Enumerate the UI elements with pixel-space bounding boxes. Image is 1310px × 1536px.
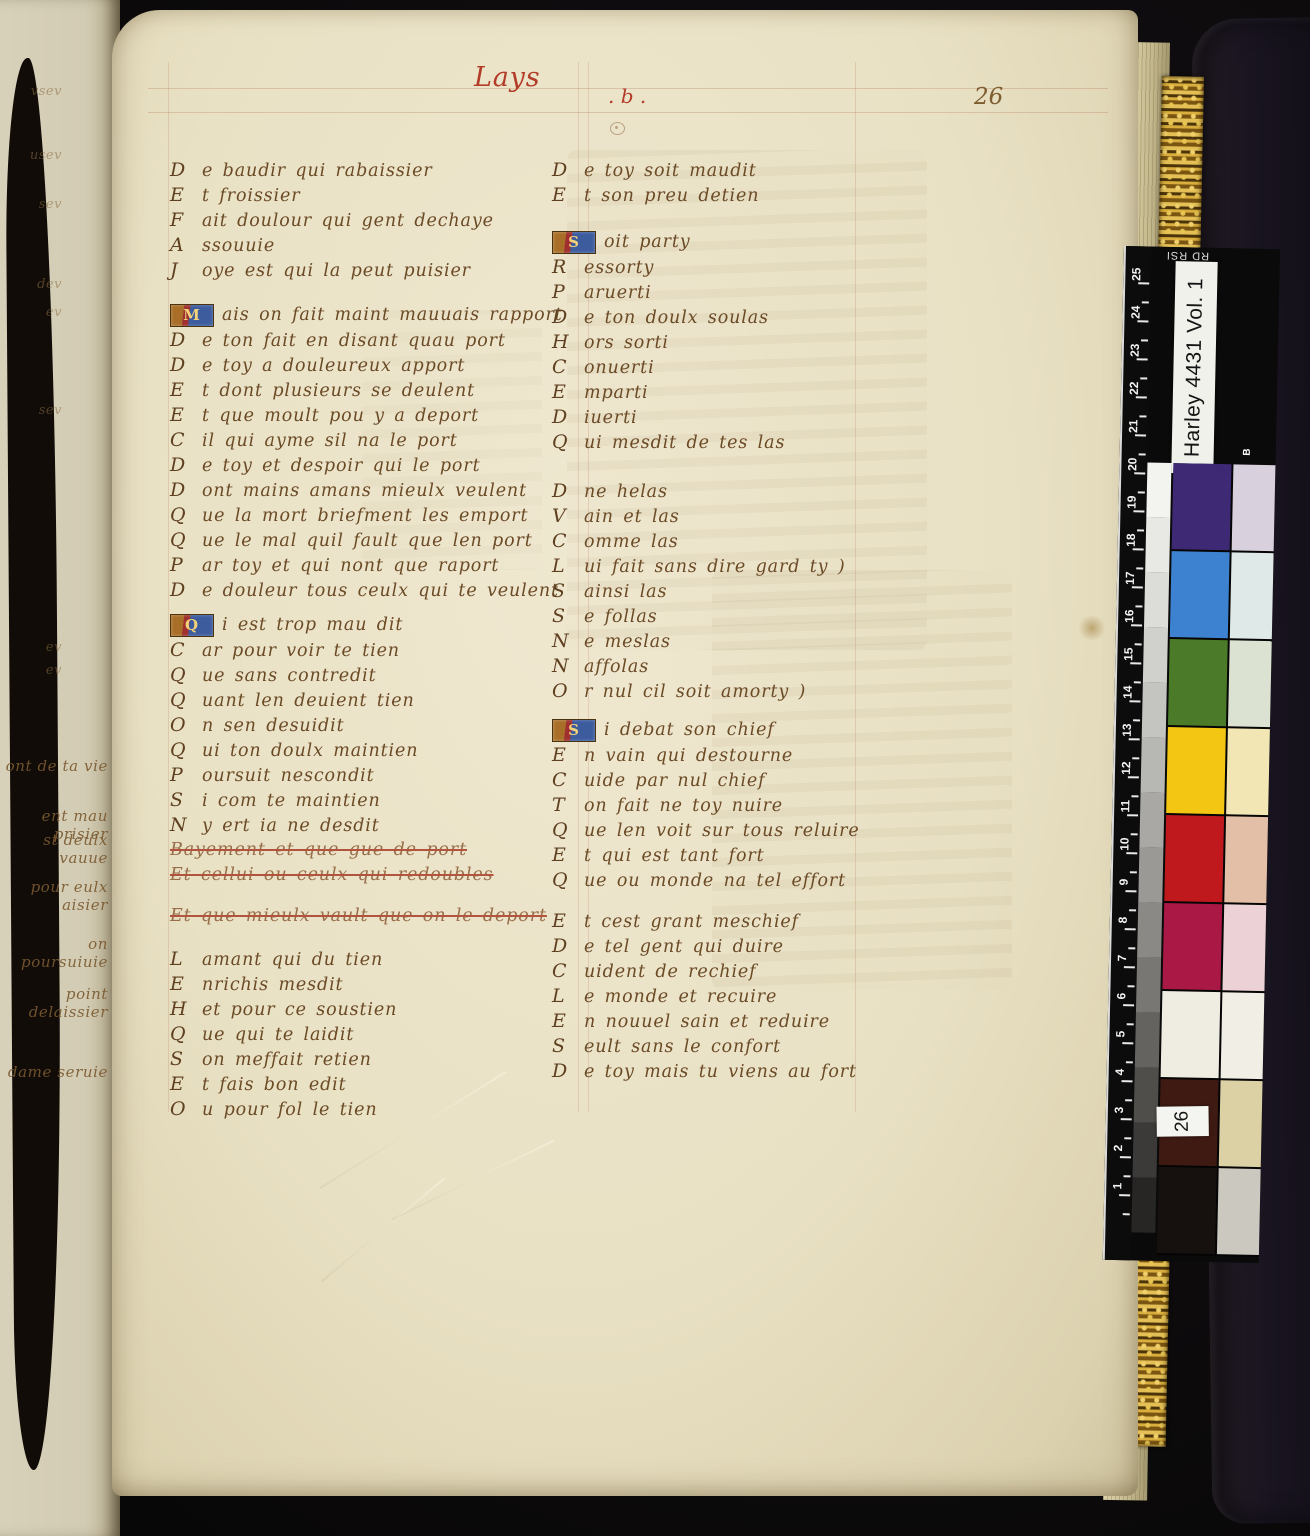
verse-line: Seult sans le confort <box>552 1034 982 1059</box>
bleedthrough-fragment: sev <box>0 197 62 212</box>
line-initial: S <box>170 788 202 813</box>
line-initial: C <box>170 428 202 453</box>
line-text: ait doulour qui gent dechaye <box>202 211 494 231</box>
patch-blue-pale <box>1230 552 1274 639</box>
ruler-tick-minor <box>1139 415 1146 417</box>
patch-row-purple <box>1172 463 1276 551</box>
line-text: e toy soit maudit <box>584 161 757 181</box>
patch-row-brown: 26 <box>1159 1079 1263 1167</box>
patch-green-pale <box>1228 640 1272 727</box>
line-initial: J <box>170 258 202 283</box>
line-text: e toy mais tu viens au fort <box>584 1062 857 1082</box>
line-initial: S <box>170 1047 202 1072</box>
grayscale-step <box>1144 573 1169 628</box>
ruler-tick-major <box>1136 396 1147 398</box>
line-text: omme las <box>584 532 679 552</box>
verse-line: Et son preu detien <box>552 183 982 208</box>
line-text: e monde et recuire <box>584 987 777 1007</box>
line-text: eult sans le confort <box>584 1037 781 1057</box>
line-initial: C <box>552 355 584 380</box>
patch-row-yellow <box>1166 727 1270 815</box>
line-text: t cest grant meschief <box>584 912 799 932</box>
strikethrough-text: Bayement et que gue de port <box>170 840 467 860</box>
line-initial: D <box>552 1059 584 1084</box>
line-text: ais on fait maint mauuais rapport <box>222 305 563 325</box>
patch-blue <box>1170 551 1230 638</box>
line-initial: E <box>170 183 202 208</box>
ruler-tick-minor <box>1129 909 1136 911</box>
line-initial: H <box>552 330 584 355</box>
ruler-tick-major <box>1132 586 1143 588</box>
line-text: r nul cil soit amorty ) <box>584 682 806 702</box>
gold-tooling-top <box>1158 76 1204 253</box>
verse-line: En nouuel sain et reduire <box>552 1009 982 1034</box>
ruler-brand-label: RD RSI <box>1166 249 1210 262</box>
line-text: essorty <box>584 258 654 278</box>
ruler-tick-major <box>1133 510 1144 512</box>
line-text: iuerti <box>584 408 637 428</box>
verse-line: Qi est trop mau dit <box>170 613 570 638</box>
verse-line: Et que mieulx vault que on le deport <box>170 904 570 929</box>
line-initial: Q <box>170 738 202 763</box>
line-text: t son preu detien <box>584 186 759 206</box>
parchment-stain <box>1077 616 1107 640</box>
folio-number: 26 <box>974 84 1003 110</box>
verse-line: De toy et despoir qui le port <box>170 453 570 478</box>
line-initial: Q <box>170 1022 202 1047</box>
patch-row-black <box>1157 1167 1261 1255</box>
verse-line: Emparti <box>552 380 982 405</box>
line-initial: T <box>552 793 584 818</box>
verse-line: Que la mort briefment les emport <box>170 503 570 528</box>
line-initial: E <box>170 403 202 428</box>
bleedthrough-fragment: st deulx vauue <box>0 831 108 867</box>
illuminated-initial: S <box>552 231 596 254</box>
line-text: ui mesdit de tes las <box>584 433 785 453</box>
color-calibration-bar: 2524232221201918171615141312111098765432… <box>1103 246 1280 1263</box>
grayscale-step <box>1139 792 1164 847</box>
grayscale-step <box>1142 682 1167 737</box>
verse-line: Comme las <box>552 529 982 554</box>
verse-line: Ressorty <box>552 255 982 280</box>
verse-line: Car pour voir te tien <box>170 638 570 663</box>
manuscript-page: Lays . b . 26 De baudir qui rabaissierEt… <box>112 10 1138 1496</box>
line-initial: N <box>170 813 202 838</box>
patch-white-pale <box>1221 992 1265 1079</box>
patch-green <box>1168 639 1228 726</box>
verse-line: Ou pour fol le tien <box>170 1097 570 1122</box>
verse-line: Het pour ce soustien <box>170 997 570 1022</box>
verse-line: Mais on fait maint mauuais rapport <box>170 303 570 328</box>
line-initial: D <box>170 158 202 183</box>
verse-line: Par toy et qui nont que raport <box>170 553 570 578</box>
patch-row-white <box>1161 991 1265 1079</box>
patch-row-green <box>1168 639 1272 727</box>
line-text: nrichis mesdit <box>202 975 343 995</box>
verse-line: Et froissier <box>170 183 570 208</box>
line-initial: L <box>552 554 584 579</box>
verse-line: Ton fait ne toy nuire <box>552 793 982 818</box>
line-text: ue le mal quil fault que len port <box>202 531 533 551</box>
line-initial: E <box>552 909 584 934</box>
grayscale-step <box>1131 1177 1156 1232</box>
verse-line: De ton doulx soulas <box>552 305 982 330</box>
line-initial: Q <box>552 868 584 893</box>
ruler-tick-minor <box>1123 1175 1130 1177</box>
ruler-tick-major <box>1119 1194 1130 1196</box>
b-label: B <box>1242 448 1253 455</box>
ruler-tick-minor <box>1127 985 1134 987</box>
folio-sticker: 26 <box>1156 1106 1208 1137</box>
ruler-tick-minor <box>1124 1137 1131 1139</box>
verse-line: Le monde et recuire <box>552 984 982 1009</box>
line-initial: E <box>552 380 584 405</box>
line-initial: C <box>552 529 584 554</box>
circle-annotation <box>610 122 625 135</box>
verse-line: Bayement et que gue de port <box>170 838 570 863</box>
line-text: ors sorti <box>584 333 669 353</box>
verse-line: De baudir qui rabaissier <box>170 158 570 183</box>
line-initial: E <box>170 972 202 997</box>
verse-line: De ton fait en disant quau port <box>170 328 570 353</box>
line-initial: E <box>552 1009 584 1034</box>
verse-line: Et cellui ou ceulx qui redoubles <box>170 863 570 888</box>
line-text: uident de rechief <box>584 962 757 982</box>
line-initial: D <box>552 305 584 330</box>
ruler-tick-minor <box>1128 947 1135 949</box>
line-text: ain et las <box>584 507 680 527</box>
illuminated-initial: S <box>552 719 596 742</box>
line-text: ue la mort briefment les emport <box>202 506 528 526</box>
line-initial: Q <box>170 663 202 688</box>
patch-crimson-pale <box>1222 904 1266 991</box>
verse-line: Son meffait retien <box>170 1047 570 1072</box>
ruler-tick-minor <box>1137 529 1144 531</box>
line-text: ui fait sans dire gard ty ) <box>584 557 846 577</box>
line-initial: A <box>170 233 202 258</box>
patch-row-crimson <box>1162 903 1266 991</box>
line-text: ue qui te laidit <box>202 1025 354 1045</box>
verse-line: Et que moult pou y a deport <box>170 403 570 428</box>
text-column-left: De baudir qui rabaissierEt froissierFait… <box>170 158 570 1122</box>
ruler-tick-minor <box>1135 605 1142 607</box>
verse-line: De toy a douleureux apport <box>170 353 570 378</box>
verse-line: Et dont plusieurs se deulent <box>170 378 570 403</box>
bleedthrough-fragment: usev <box>0 148 62 163</box>
ruler-tick-minor <box>1135 643 1142 645</box>
verse-line: Et fais bon edit <box>170 1072 570 1097</box>
patch-black <box>1157 1167 1217 1254</box>
line-text: t que moult pou y a deport <box>202 406 479 426</box>
ruler-tick-major <box>1123 1004 1134 1006</box>
line-text: uide par nul chief <box>584 771 766 791</box>
ruler-tick-minor <box>1142 301 1149 303</box>
line-text: ar pour voir te tien <box>202 641 400 661</box>
grayscale-step <box>1143 628 1168 683</box>
line-text: affolas <box>584 657 649 677</box>
line-initial: O <box>552 679 584 704</box>
verse-line: Naffolas <box>552 654 982 679</box>
grayscale-step <box>1132 1122 1157 1177</box>
line-text: oursuit nescondit <box>202 766 375 786</box>
line-initial: D <box>170 578 202 603</box>
ruler-tick-minor <box>1123 1213 1130 1215</box>
line-text: t froissier <box>202 186 300 206</box>
line-text: ue ou monde na tel effort <box>584 871 846 891</box>
stanza: Si debat son chiefEn vain qui destourneC… <box>552 718 982 893</box>
line-initial: Q <box>552 430 584 455</box>
illuminated-initial: Q <box>170 614 214 637</box>
patch-red <box>1164 815 1224 902</box>
patch-purple <box>1172 463 1232 550</box>
verse-line: De toy mais tu viens au fort <box>552 1059 982 1084</box>
strikethrough-text: Et que mieulx vault que on le deport <box>170 906 547 926</box>
line-text: ont mains amans mieulx veulent <box>202 481 527 501</box>
line-initial: D <box>552 405 584 430</box>
verse-line: Cil qui ayme sil na le port <box>170 428 570 453</box>
grayscale-step <box>1136 957 1161 1012</box>
line-initial: L <box>170 947 202 972</box>
verse-line: Que le mal quil fault que len port <box>170 528 570 553</box>
line-text: i com te maintien <box>202 791 381 811</box>
line-initial: H <box>170 997 202 1022</box>
line-text: e meslas <box>584 632 671 652</box>
verse-line: Dne helas <box>552 479 982 504</box>
line-initial: P <box>170 763 202 788</box>
line-initial: Q <box>170 688 202 713</box>
ruler-tick-major <box>1129 738 1140 740</box>
line-text: ne helas <box>584 482 668 502</box>
line-text: oit party <box>604 232 691 252</box>
patch-yellow-pale <box>1226 728 1270 815</box>
line-initial: D <box>170 453 202 478</box>
line-initial: N <box>552 629 584 654</box>
line-text: et pour ce soustien <box>202 1000 397 1020</box>
line-initial: D <box>170 328 202 353</box>
verse-line: Que sans contredit <box>170 663 570 688</box>
line-text: t qui est tant fort <box>584 846 765 866</box>
line-text: ui ton doulx maintien <box>202 741 418 761</box>
verse-line: Or nul cil soit amorty ) <box>552 679 982 704</box>
line-initial: D <box>170 353 202 378</box>
bleedthrough-fragment: ev <box>0 640 62 655</box>
grayscale-step <box>1137 902 1162 957</box>
section-mark: . b . <box>608 84 646 108</box>
line-initial: D <box>170 478 202 503</box>
line-text: il qui ayme sil na le port <box>202 431 458 451</box>
ruler-tick-major <box>1124 966 1135 968</box>
line-text: onuerti <box>584 358 655 378</box>
line-text: n nouuel sain et reduire <box>584 1012 830 1032</box>
verse-line: Fait doulour qui gent dechaye <box>170 208 570 233</box>
verse-line: Paruerti <box>552 280 982 305</box>
line-initial: O <box>170 713 202 738</box>
bleedthrough-fragment: point delaissier <box>0 985 108 1021</box>
line-initial: Q <box>170 503 202 528</box>
ruler-tick-minor <box>1133 719 1140 721</box>
stanza: Lamant qui du tienEnrichis mesditHet pou… <box>170 947 570 1122</box>
line-text: e ton fait en disant quau port <box>202 331 506 351</box>
ruler-tick-minor <box>1130 871 1137 873</box>
ruler-tick-major <box>1121 1080 1132 1082</box>
ruler-tick-major <box>1138 282 1149 284</box>
bleedthrough-fragment: ont de ta vie <box>0 757 108 775</box>
line-text: on fait ne toy nuire <box>584 796 783 816</box>
line-text: e toy et despoir qui le port <box>202 456 480 476</box>
bleedthrough-fragment: vsev <box>0 84 62 99</box>
verse-line: Et cest grant meschief <box>552 909 982 934</box>
line-initial: C <box>170 638 202 663</box>
verse-line: Diuerti <box>552 405 982 430</box>
photo-backdrop: vsevusevsevdevevsevevevont de ta vieent … <box>0 0 1310 1536</box>
shelfmark-sticker: Harley 4431 Vol. 1 <box>1171 261 1217 474</box>
line-initial: R <box>552 255 584 280</box>
ruler-tick-minor <box>1127 1023 1134 1025</box>
line-text: e tel gent qui duire <box>584 937 784 957</box>
line-text: uant len deuient tien <box>202 691 415 711</box>
stanza: Soit partyRessortyParuertiDe ton doulx s… <box>552 230 982 455</box>
verse-line: En vain qui destourne <box>552 743 982 768</box>
grayscale-step <box>1145 518 1170 573</box>
line-text: ar toy et qui nont que raport <box>202 556 499 576</box>
stanza: De toy soit mauditEt son preu detien <box>552 158 982 208</box>
ruler-tick-major <box>1125 890 1136 892</box>
line-text: i est trop mau dit <box>222 615 403 635</box>
bleedthrough-fragment: on poursuiuie <box>0 935 108 971</box>
verse-line: Lamant qui du tien <box>170 947 570 972</box>
line-text: oye est qui la peut puisier <box>202 261 471 281</box>
ruler-tick-major <box>1128 776 1139 778</box>
line-text: e ton doulx soulas <box>584 308 769 328</box>
line-initial: L <box>552 984 584 1009</box>
line-initial: P <box>552 280 584 305</box>
patch-yellow <box>1166 727 1226 814</box>
verse-line: Joye est qui la peut puisier <box>170 258 570 283</box>
line-initial: V <box>552 504 584 529</box>
line-initial: Q <box>552 818 584 843</box>
stanza: Mais on fait maint mauuais rapportDe ton… <box>170 303 570 603</box>
running-title: Lays <box>474 62 540 93</box>
patch-purple-pale <box>1232 464 1276 551</box>
verse-line: Dont mains amans mieulx veulent <box>170 478 570 503</box>
line-initial: D <box>552 158 584 183</box>
bleedthrough-fragment: sev <box>0 403 62 418</box>
parchment-crease <box>392 1140 555 1221</box>
line-text: t dont plusieurs se deulent <box>202 381 475 401</box>
illuminated-initial: M <box>170 304 214 327</box>
ruling-line-horizontal <box>148 112 1108 113</box>
ruler-tick-major <box>1121 1118 1132 1120</box>
line-initial: D <box>552 479 584 504</box>
ruler-tick-major <box>1137 358 1148 360</box>
verse-line: Conuerti <box>552 355 982 380</box>
ruler-tick-major <box>1135 434 1146 436</box>
verse-line: Que qui te laidit <box>170 1022 570 1047</box>
verse-line: Si com te maintien <box>170 788 570 813</box>
verse-line: Lui fait sans dire gard ty ) <box>552 554 982 579</box>
ruler-tick-minor <box>1134 681 1141 683</box>
verse-line: De tel gent qui duire <box>552 934 982 959</box>
line-initial: E <box>552 743 584 768</box>
ruler-tick-major <box>1130 662 1141 664</box>
line-text: y ert ia ne desdit <box>202 816 380 836</box>
verse-line: Ny ert ia ne desdit <box>170 813 570 838</box>
line-text: ue len voit sur tous reluire <box>584 821 860 841</box>
line-initial: E <box>170 378 202 403</box>
patch-red-pale <box>1224 816 1268 903</box>
text-column-right: De toy soit mauditEt son preu detienSoit… <box>552 158 982 1084</box>
verse-line: Si debat son chief <box>552 718 982 743</box>
bleedthrough-fragment: pour eulx aisier <box>0 878 108 914</box>
bleedthrough-fragment: dev <box>0 277 62 292</box>
ruler-tick-minor <box>1132 757 1139 759</box>
patch-row-blue <box>1170 551 1274 639</box>
line-initial: Q <box>170 528 202 553</box>
verse-line: De douleur tous ceulx qui te veulent <box>170 578 570 603</box>
line-text: u pour fol le tien <box>202 1100 377 1120</box>
ruler-tick-major <box>1133 548 1144 550</box>
line-text: amant qui du tien <box>202 950 383 970</box>
verse-line: Poursuit nescondit <box>170 763 570 788</box>
patch-brown-pale <box>1219 1080 1263 1167</box>
line-text: i debat son chief <box>604 720 775 740</box>
ruler-tick-major <box>1129 700 1140 702</box>
verse-line: Que ou monde na tel effort <box>552 868 982 893</box>
line-initial: P <box>170 553 202 578</box>
verse-line: Soit party <box>552 230 982 255</box>
line-text: mparti <box>584 383 648 403</box>
verse-line: Hors sorti <box>552 330 982 355</box>
verse-line: Et qui est tant fort <box>552 843 982 868</box>
patch-white <box>1161 991 1221 1078</box>
line-initial: S <box>552 604 584 629</box>
line-initial: E <box>552 183 584 208</box>
ruler-tick-major <box>1127 814 1138 816</box>
line-text: n vain qui destourne <box>584 746 793 766</box>
ruler-tick-minor <box>1126 1061 1133 1063</box>
ruler-tick-minor <box>1136 567 1143 569</box>
verse-line: Qui ton doulx maintien <box>170 738 570 763</box>
line-initial: E <box>552 843 584 868</box>
ruler-tick-minor <box>1131 795 1138 797</box>
line-initial: N <box>552 654 584 679</box>
ruler-tick-major <box>1134 472 1145 474</box>
verse-line: Assouuie <box>170 233 570 258</box>
patch-row-red <box>1164 815 1268 903</box>
line-text: e toy a douleureux apport <box>202 356 465 376</box>
ruler-tick-major <box>1122 1042 1133 1044</box>
grayscale-step <box>1141 737 1166 792</box>
line-initial: S <box>552 1034 584 1059</box>
patch-black-pale <box>1217 1168 1261 1255</box>
line-initial: E <box>170 1072 202 1097</box>
ruler-tick-minor <box>1125 1099 1132 1101</box>
ruler-tick-major <box>1126 852 1137 854</box>
line-text: ainsi las <box>584 582 667 602</box>
ruler-tick-minor <box>1131 833 1138 835</box>
line-initial: O <box>170 1097 202 1122</box>
verse-line: Quant len deuient tien <box>170 688 570 713</box>
verse-line: Se follas <box>552 604 982 629</box>
line-text: t fais bon edit <box>202 1075 347 1095</box>
line-initial: S <box>552 579 584 604</box>
bleedthrough-fragment: ev <box>0 305 62 320</box>
ruler-tick-minor <box>1138 491 1145 493</box>
ruler-tick-major <box>1131 624 1142 626</box>
bar-top-section: RD RSI Harley 4431 Vol. 1 B <box>1147 247 1279 466</box>
ruler-tick-major <box>1125 928 1136 930</box>
verse-line: Cuide par nul chief <box>552 768 982 793</box>
